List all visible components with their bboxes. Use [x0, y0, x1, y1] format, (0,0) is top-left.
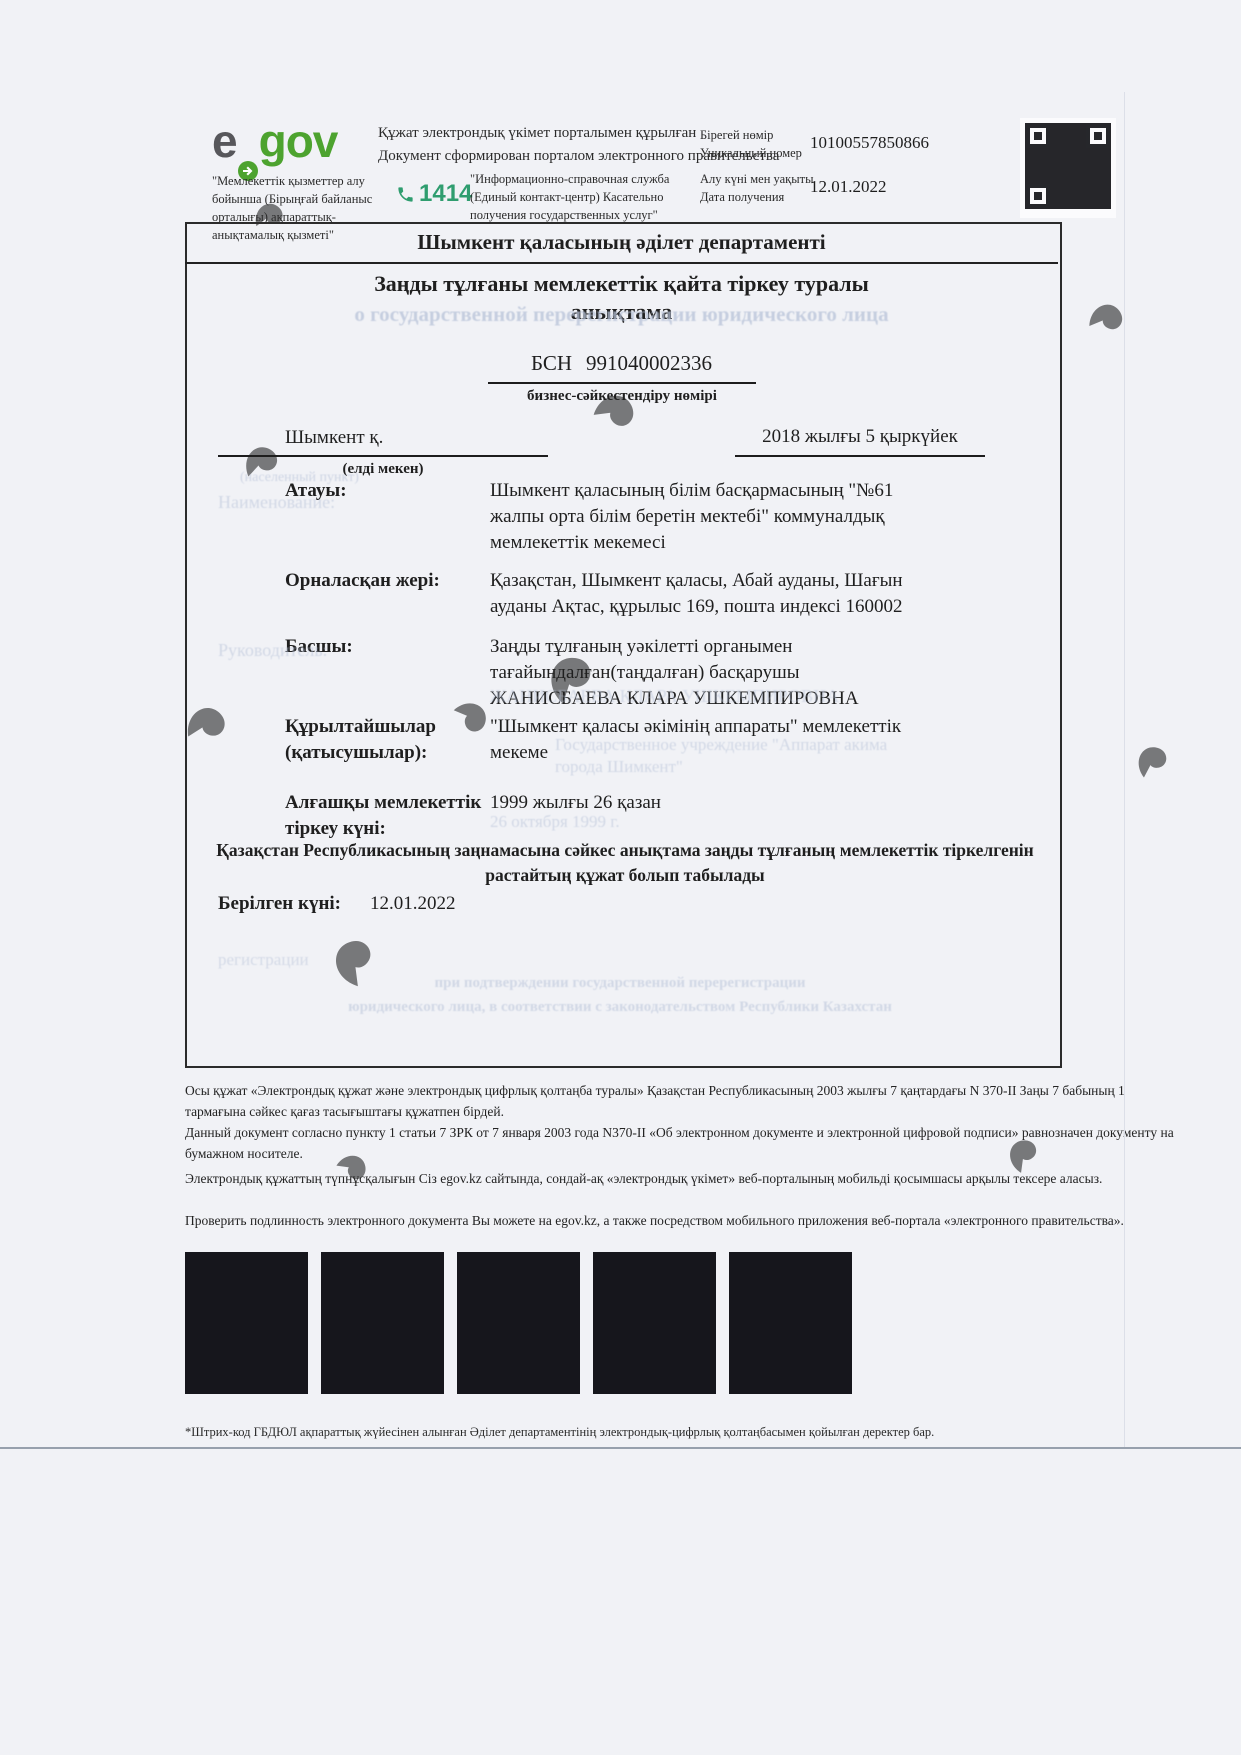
legal-note-ru-1: Данный документ согласно пункту 1 статьи…: [185, 1122, 1185, 1164]
bsn-underline: [488, 382, 756, 384]
field-label-founders: Құрылтайшылар (қатысушылар):: [285, 714, 490, 766]
barcode-block: [185, 1252, 308, 1394]
legal-note-ru-2: Проверить подлинность электронного докум…: [185, 1210, 1185, 1231]
ghost-bleedthrough-text: о государственной перерегистрации юридич…: [185, 302, 1058, 327]
phone-number: 1414: [419, 180, 472, 208]
watermark-ornament: [1121, 723, 1192, 794]
paper-edge-line: [1124, 92, 1125, 1447]
field-label-first-registration: Алғашқы мемлекеттік тіркеу күні:: [285, 790, 490, 842]
date-underline: [735, 455, 985, 457]
city-value: Шымкент қ.: [285, 427, 383, 449]
received-date-value: 12.01.2022: [810, 177, 887, 197]
city-underline: [218, 455, 548, 457]
field-label-location: Орналасқан жері:: [285, 568, 490, 594]
field-value-location: Қазақстан, Шымкент қаласы, Абай ауданы, …: [490, 568, 908, 620]
qr-code: [1020, 118, 1116, 218]
unique-number-label-kk: Бірегей нөмір: [700, 126, 802, 144]
watermark-ornament: [1072, 280, 1152, 360]
bsn-row: БСН991040002336: [185, 351, 1058, 376]
contact-center-phone: 1414: [396, 180, 472, 208]
ghost-bleedthrough-text: Руководитель:: [218, 640, 328, 661]
scanned-egov-certificate: egov Құжат электрондық үкімет порталымен…: [0, 0, 1241, 1755]
ghost-bleedthrough-text: города Шимкент": [555, 757, 683, 777]
document-title-line1: Заңды тұлғаны мемлекеттік қайта тіркеу т…: [185, 271, 1058, 297]
department-title: Шымкент қаласының әділет департаменті: [185, 230, 1058, 255]
ghost-bleedthrough-text: ЖАНИСБАЕВА КЛАРА УШКЕМПИРОВНА: [490, 686, 839, 707]
page-bottom-line: [0, 1447, 1241, 1449]
egov-logo-e: e: [212, 114, 237, 168]
header-service-ru: "Информационно-справочная служба (Единый…: [470, 170, 700, 224]
received-date-labels: Алу күні мен уақыты Дата получения: [700, 170, 814, 206]
barcode-block: [321, 1252, 444, 1394]
field-value-name: Шымкент қаласының білім басқармасының "№…: [490, 478, 908, 556]
ghost-bleedthrough-text: регистрации: [218, 950, 309, 970]
egov-logo: egov: [212, 114, 337, 168]
issued-date-label: Берілген күні:: [218, 893, 341, 915]
unique-number-labels: Бірегей нөмір Уникальный номер: [700, 126, 802, 162]
egov-logo-arrow-icon: [238, 138, 258, 158]
bsn-caption: бизнес-сәйкестендіру нөмірі: [488, 388, 756, 405]
bsn-value: 991040002336: [586, 351, 712, 375]
title-divider-line: [185, 262, 1058, 264]
ghost-bleedthrough-text: 26 октября 1999 г.: [490, 812, 620, 832]
legal-statement: Қазақстан Республикасының заңнамасына сә…: [195, 838, 1055, 888]
received-date-label-ru: Дата получения: [700, 188, 814, 206]
registration-date-value: 2018 жылғы 5 қыркүйек: [735, 426, 985, 448]
issued-date-value: 12.01.2022: [370, 893, 456, 915]
ghost-bleedthrough-text: Государственное учреждение "Аппарат аким…: [555, 735, 887, 755]
barcode-block: [457, 1252, 580, 1394]
egov-logo-gov: gov: [259, 114, 338, 168]
received-date-label-kk: Алу күні мен уақыты: [700, 170, 814, 188]
ghost-bleedthrough-text: юридического лица, в соответствии с зако…: [240, 999, 1000, 1016]
phone-icon: [396, 185, 415, 204]
digital-signature-barcode-strip: [185, 1252, 852, 1394]
bsn-label: БСН: [531, 351, 572, 375]
ghost-bleedthrough-text: Наименование:: [218, 492, 335, 513]
legal-note-kk-2: Электрондық құжаттың түпнұсқалығын Сіз e…: [185, 1168, 1185, 1189]
legal-note-kk-1: Осы құжат «Электрондық құжат және электр…: [185, 1080, 1185, 1122]
barcode-block: [729, 1252, 852, 1394]
barcode-block: [593, 1252, 716, 1394]
unique-number-value: 10100557850866: [810, 133, 929, 153]
ghost-bleedthrough-text: при подтверждении государственной перере…: [240, 975, 1000, 992]
barcode-note: *Штрих-код ГБДЮЛ ақпараттық жүйесінен ал…: [185, 1425, 934, 1440]
unique-number-label-ru: Уникальный номер: [700, 144, 802, 162]
